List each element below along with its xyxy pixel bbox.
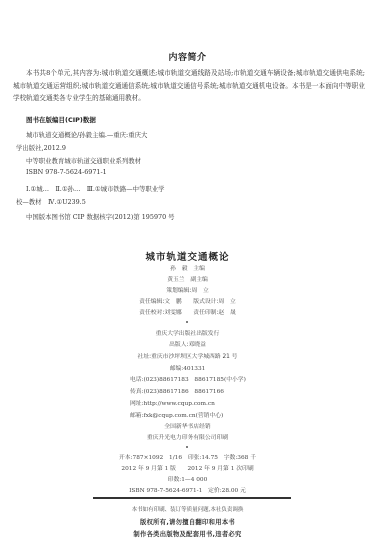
separator-dot xyxy=(186,321,188,323)
summary-body: 本书共8个单元,其内容为:城市轨道交通概述;城市轨道交通线路及站场;市轨道交通车… xyxy=(13,67,365,105)
address: 社址:重庆市沙坪坝区大学城西路 21 号 xyxy=(0,351,375,360)
cip-line: 学出版社,2012.9 xyxy=(16,143,66,152)
cip-heading: 图书在版编目(CIP)数据 xyxy=(26,115,96,124)
copyright-notice: 版权所有,请勿擅自翻印和用本书 xyxy=(0,517,375,526)
cip-line: Ⅰ.①城… Ⅱ.①孙… Ⅲ.①城市铁路—中等职业学 xyxy=(26,184,165,193)
editor: 孙 毅 主编 xyxy=(0,263,375,272)
print-run: 印数:1—4 000 xyxy=(0,474,375,483)
printer: 重庆升光电力印务有限公司印刷 xyxy=(0,432,375,441)
book-title: 城市轨道交通概论 xyxy=(0,249,375,263)
quality-notice: 本书如有印刷、装订等质量问题,本社负责调换 xyxy=(0,505,375,513)
cip-line: ISBN 978-7-5624-6971-1 xyxy=(26,168,107,176)
deputy-editor: 黄玉兰 副主编 xyxy=(0,274,375,283)
email: 邮箱:fxk@cqup.com.cn(营销中心) xyxy=(130,410,223,419)
summary-heading: 内容简介 xyxy=(0,50,375,63)
divider-rule xyxy=(93,497,291,499)
cip-line: 中等职业教育城市轨道交通职业系列教材 xyxy=(26,156,141,165)
website: 网址:http://www.cqup.com.cn xyxy=(130,398,215,407)
distributor: 全国新华书店经销 xyxy=(0,421,375,430)
cip-line: 中国版本图书馆 CIP 数据核字(2012)第 195970 号 xyxy=(26,212,175,221)
planning-editor: 策划编辑:周 立 xyxy=(0,285,375,294)
publisher-person: 出版人:邓晓益 xyxy=(0,339,375,348)
fax: 传真:(023)88617186 88617166 xyxy=(130,386,224,395)
postcode: 邮编:401331 xyxy=(0,363,375,372)
staff-row-1: 责任编辑:文 鹏 版式设计:周 立 xyxy=(0,296,375,305)
cip-line: 城市轨道交通概论/孙毅主编.—重庆:重庆大 xyxy=(26,130,147,139)
staff-row-2: 责任校对:刘雯娜 责任印制:赵 晟 xyxy=(0,307,375,316)
edition-info: 2012 年 9 月第 1 版 2012 年 9 月第 1 次印刷 xyxy=(0,463,375,472)
infringement-notice: 制作各类出版物及配套用书,违者必究 xyxy=(0,529,375,538)
phone: 电话:(023)88617183 88617185(中小学) xyxy=(130,374,246,383)
publisher: 重庆大学出版社出版发行 xyxy=(0,328,375,337)
isbn-price: ISBN 978-7-5624-6971-1 定价:28.00 元 xyxy=(0,485,375,494)
cip-line: 校—教材 Ⅳ.①U239.5 xyxy=(16,197,86,206)
format-info: 开本:787×1092 1/16 印张:14.75 字数:368 千 xyxy=(0,452,375,461)
separator-dot xyxy=(186,446,188,448)
